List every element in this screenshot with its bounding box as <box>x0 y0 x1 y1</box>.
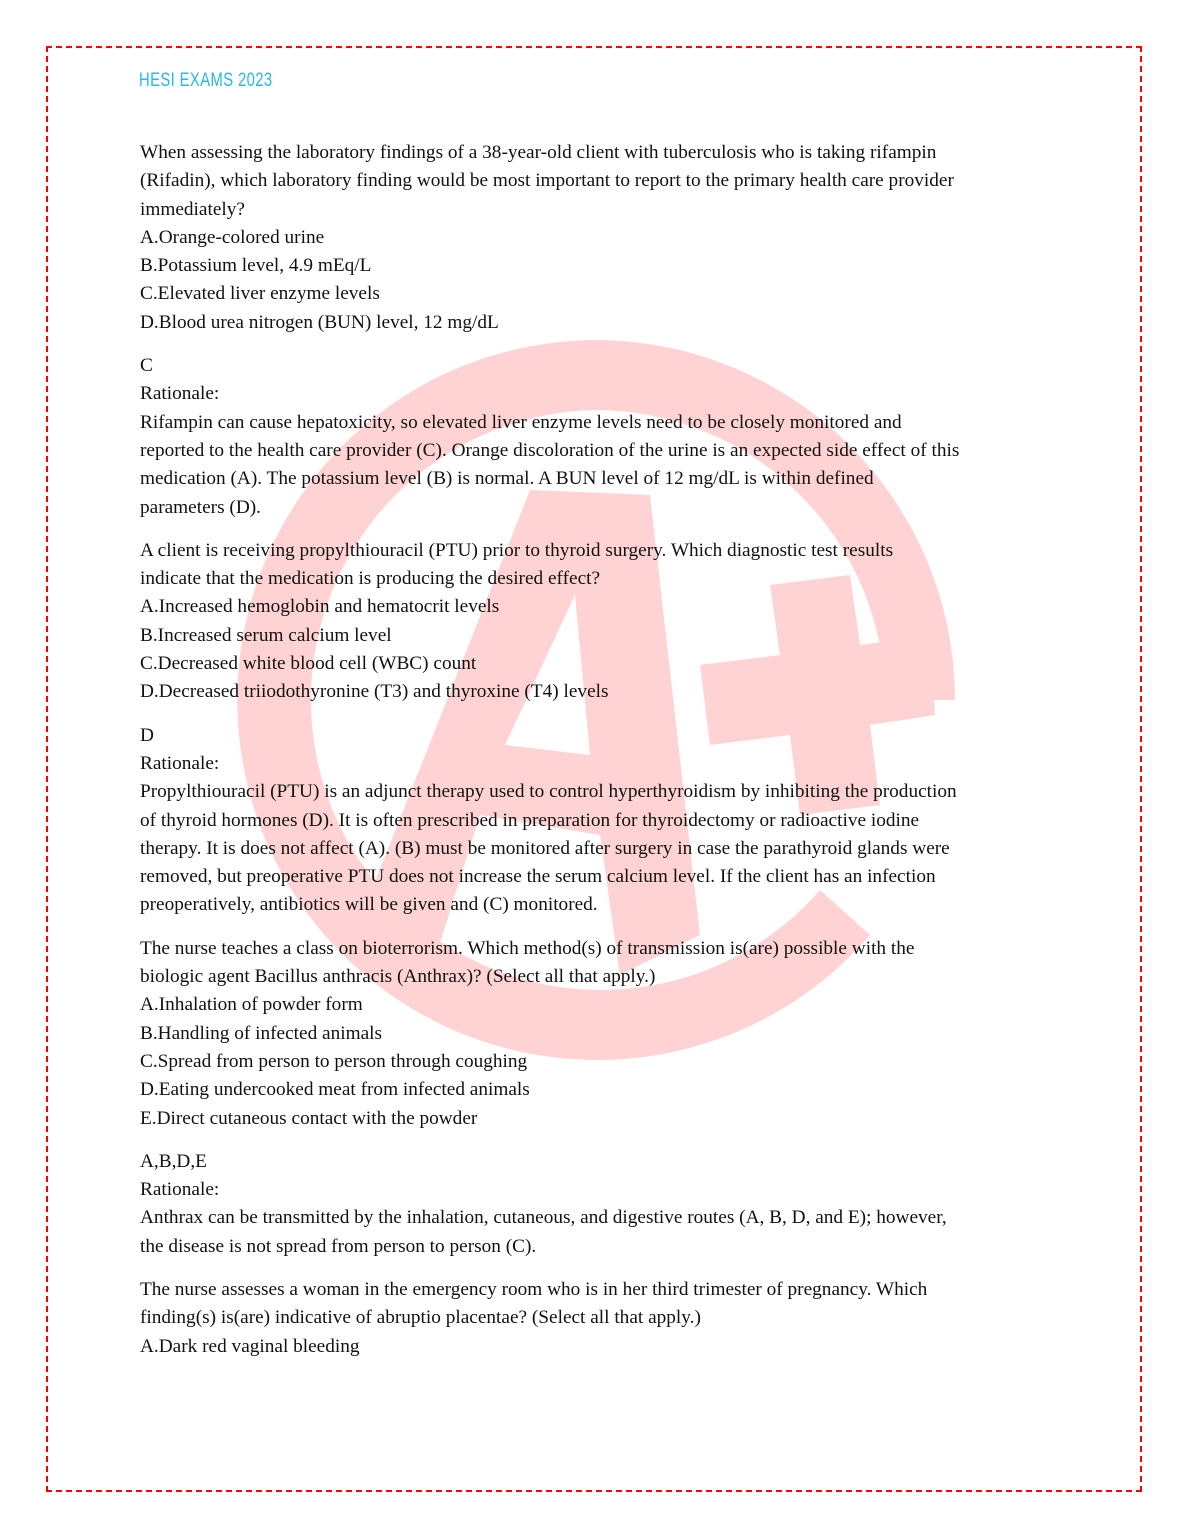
question-text: indicate that the medication is producin… <box>140 565 1060 593</box>
rationale-text: reported to the health care provider (C)… <box>140 437 1060 465</box>
question-block: The nurse assesses a woman in the emerge… <box>140 1276 1060 1361</box>
answer-option: C.Spread from person to person through c… <box>140 1048 1060 1076</box>
answer-option: A.Inhalation of powder form <box>140 991 1060 1019</box>
answer-option: B.Handling of infected animals <box>140 1020 1060 1048</box>
rationale-text: removed, but preoperative PTU does not i… <box>140 863 1060 891</box>
answer-option: A.Dark red vaginal bleeding <box>140 1333 1060 1361</box>
answer-option: D.Blood urea nitrogen (BUN) level, 12 mg… <box>140 309 1060 337</box>
question-text: finding(s) is(are) indicative of abrupti… <box>140 1304 1060 1332</box>
question-text: The nurse assesses a woman in the emerge… <box>140 1276 1060 1304</box>
answer-option: E.Direct cutaneous contact with the powd… <box>140 1105 1060 1133</box>
question-block: When assessing the laboratory findings o… <box>140 139 1060 337</box>
answer-option: A.Increased hemoglobin and hematocrit le… <box>140 593 1060 621</box>
answer-option: A.Orange-colored urine <box>140 224 1060 252</box>
rationale-text: of thyroid hormones (D). It is often pre… <box>140 807 1060 835</box>
header-title: HESI EXAMS 2023 <box>139 70 273 92</box>
question-block: The nurse teaches a class on bioterroris… <box>140 935 1060 1133</box>
question-text: immediately? <box>140 196 1060 224</box>
correct-answer: D <box>140 722 1060 750</box>
correct-answer: A,B,D,E <box>140 1148 1060 1176</box>
correct-answer: C <box>140 352 1060 380</box>
rationale-block: D Rationale: Propylthiouracil (PTU) is a… <box>140 722 1060 920</box>
answer-option: B.Potassium level, 4.9 mEq/L <box>140 252 1060 280</box>
rationale-block: A,B,D,E Rationale: Anthrax can be transm… <box>140 1148 1060 1261</box>
rationale-block: C Rationale: Rifampin can cause hepatoxi… <box>140 352 1060 522</box>
rationale-text: Rifampin can cause hepatoxicity, so elev… <box>140 409 1060 437</box>
rationale-label: Rationale: <box>140 1176 1060 1204</box>
rationale-text: the disease is not spread from person to… <box>140 1233 1060 1261</box>
rationale-text: parameters (D). <box>140 494 1060 522</box>
rationale-text: preoperatively, antibiotics will be give… <box>140 891 1060 919</box>
question-text: The nurse teaches a class on bioterroris… <box>140 935 1060 963</box>
rationale-text: Propylthiouracil (PTU) is an adjunct the… <box>140 778 1060 806</box>
rationale-text: medication (A). The potassium level (B) … <box>140 465 1060 493</box>
rationale-text: Anthrax can be transmitted by the inhala… <box>140 1204 1060 1232</box>
answer-option: C.Decreased white blood cell (WBC) count <box>140 650 1060 678</box>
answer-option: D.Decreased triiodothyronine (T3) and th… <box>140 678 1060 706</box>
question-block: A client is receiving propylthiouracil (… <box>140 537 1060 707</box>
question-text: When assessing the laboratory findings o… <box>140 139 1060 167</box>
rationale-text: therapy. It is does not affect (A). (B) … <box>140 835 1060 863</box>
rationale-label: Rationale: <box>140 380 1060 408</box>
rationale-label: Rationale: <box>140 750 1060 778</box>
answer-option: B.Increased serum calcium level <box>140 622 1060 650</box>
question-text: A client is receiving propylthiouracil (… <box>140 537 1060 565</box>
answer-option: C.Elevated liver enzyme levels <box>140 280 1060 308</box>
document-body: When assessing the laboratory findings o… <box>140 139 1060 1376</box>
question-text: biologic agent Bacillus anthracis (Anthr… <box>140 963 1060 991</box>
question-text: (Rifadin), which laboratory finding woul… <box>140 167 1060 195</box>
answer-option: D.Eating undercooked meat from infected … <box>140 1076 1060 1104</box>
